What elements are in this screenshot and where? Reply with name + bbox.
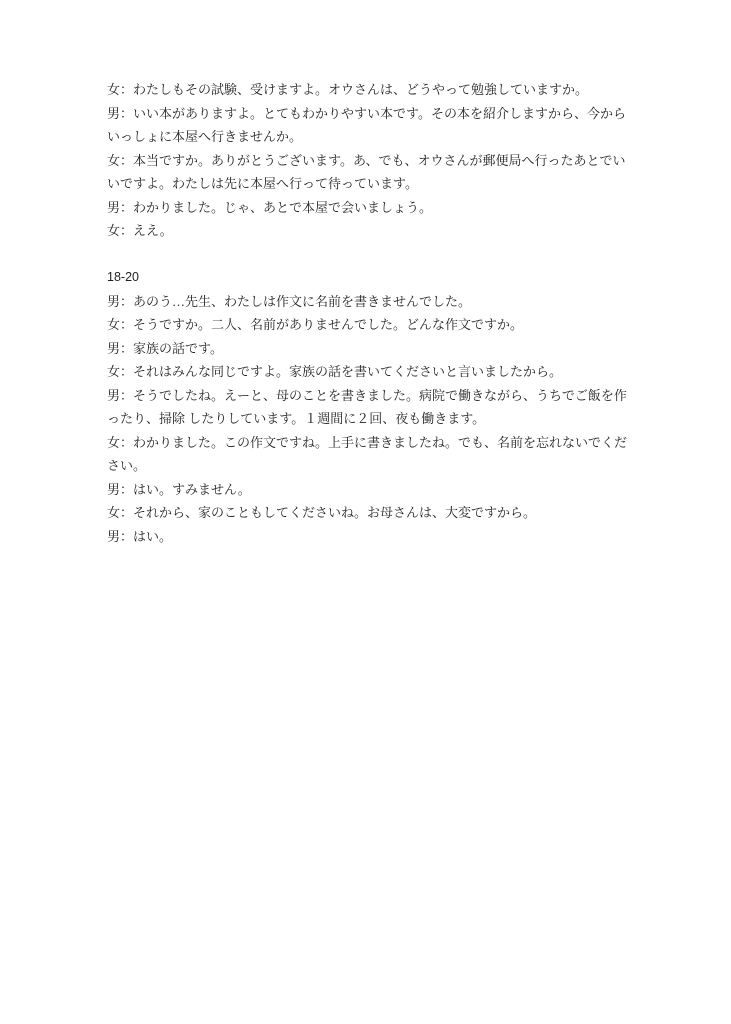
transcript-line: いっしょに本屋へ行きませんか。 [107,125,631,149]
transcript-line: 女：わたしもその試験、受けますよ。オウさんは、どうやって勉強していますか。 [107,78,631,102]
transcript-line: 女：それはみんな同じですよ。家族の話を書いてくださいと言いましたから。 [107,360,631,384]
transcript-line: 男：わかりました。じゃ、あとで本屋で会いましょう。 [107,196,631,220]
transcript-line: いですよ。わたしは先に本屋へ行って待っています。 [107,172,631,196]
blank-line [107,243,631,267]
transcript-line: 男：家族の話です。 [107,337,631,361]
transcript-line: 女：それから、家のこともしてくださいね。お母さんは、大変ですから。 [107,501,631,525]
dialogue-section-1: 女：わたしもその試験、受けますよ。オウさんは、どうやって勉強していますか。 男：… [107,78,631,243]
transcript-line: 男：はい。 [107,525,631,549]
transcript-line: さい。 [107,454,631,478]
document-page: 女：わたしもその試験、受けますよ。オウさんは、どうやって勉強していますか。 男：… [0,0,731,1024]
transcript-line: ったり、掃除 したりしています。１週間に２回、夜も働きます。 [107,407,631,431]
transcript-text-block: 女：わたしもその試験、受けますよ。オウさんは、どうやって勉強していますか。 男：… [107,78,631,548]
transcript-line: 女：ええ。 [107,219,631,243]
transcript-line: 女：そうですか。二人、名前がありませんでした。どんな作文ですか。 [107,313,631,337]
transcript-line: 男：いい本がありますよ。とてもわかりやすい本です。その本を紹介しますから、今から [107,102,631,126]
transcript-line: 男：あのう…先生、わたしは作文に名前を書きませんでした。 [107,290,631,314]
transcript-line: 女：本当ですか。ありがとうございます。あ、でも、オウさんが郵便局へ行ったあとでい [107,149,631,173]
transcript-line: 男：はい。すみません。 [107,478,631,502]
section-heading: 18-20 [107,266,631,290]
dialogue-section-2: 18-20 男：あのう…先生、わたしは作文に名前を書きませんでした。 女：そうで… [107,266,631,548]
transcript-line: 男：そうでしたね。えーと、母のことを書きました。病院で働きながら、うちでご飯を作 [107,384,631,408]
transcript-line: 女：わかりました。この作文ですね。上手に書きましたね。でも、名前を忘れないでくだ [107,431,631,455]
